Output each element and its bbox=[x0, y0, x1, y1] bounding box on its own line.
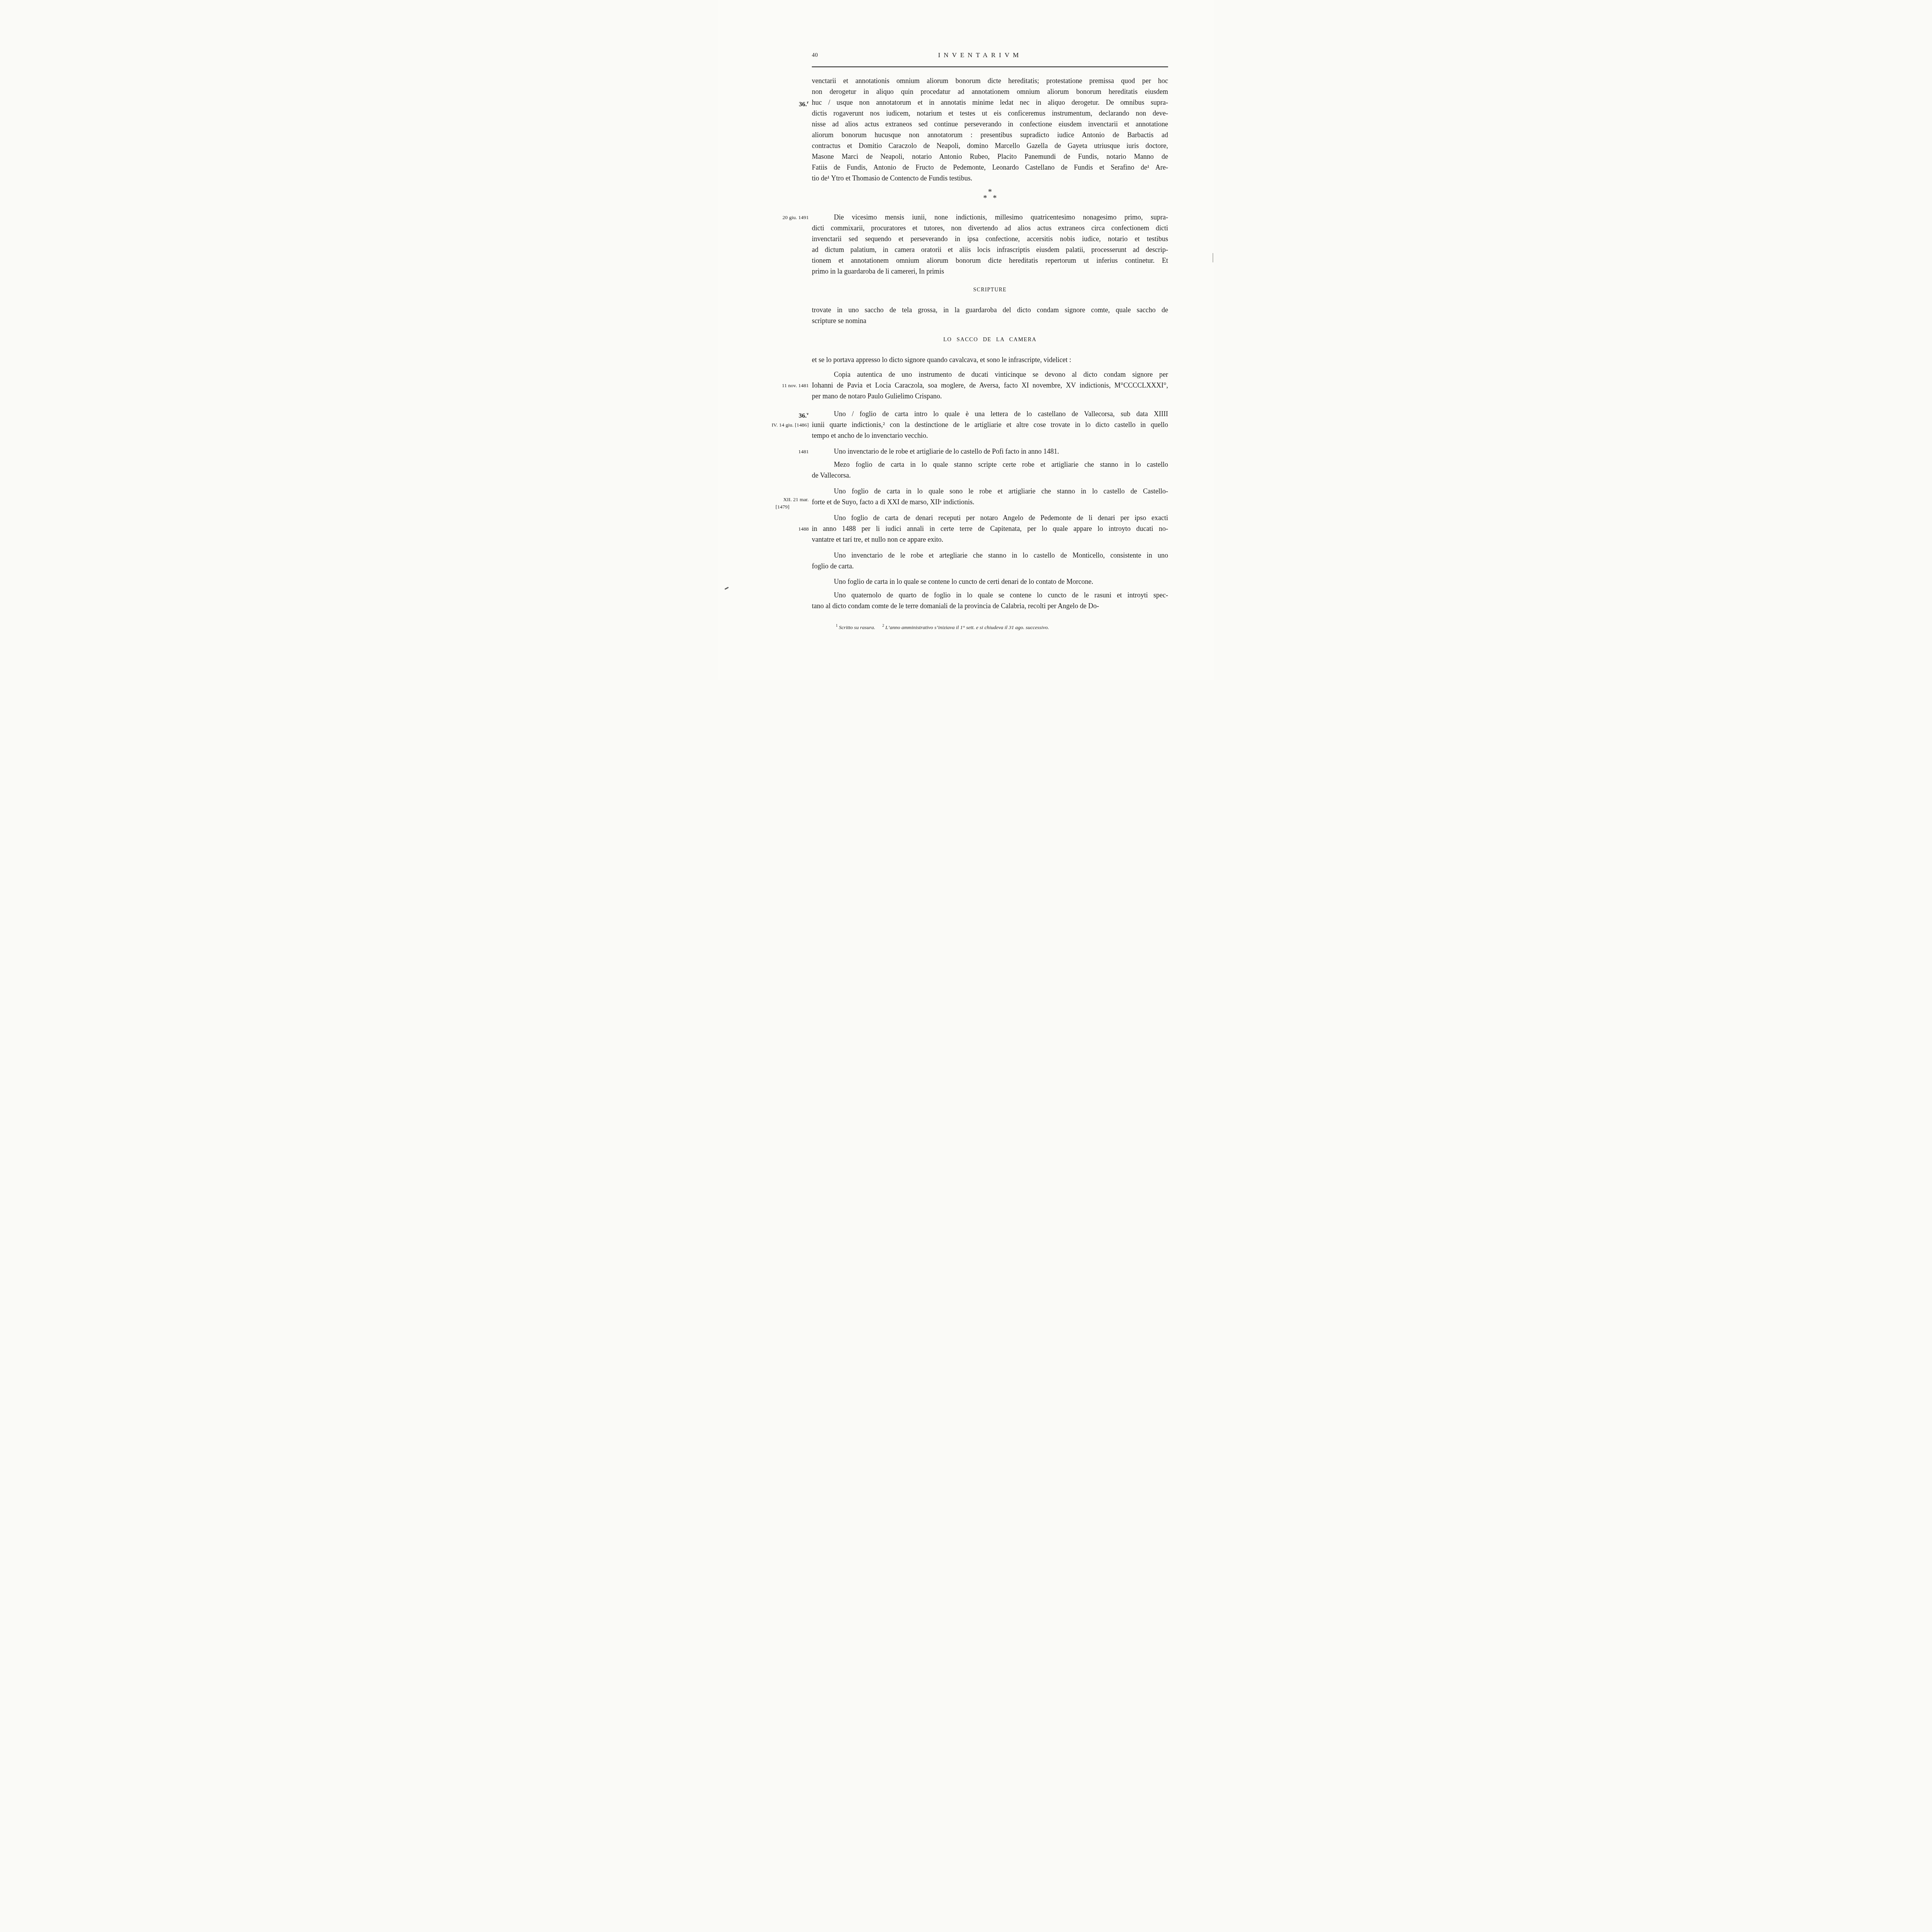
paragraph-p7: Uno invenctario de le robe et artigliari… bbox=[812, 446, 1168, 457]
text-line: Die vicesimo mensis iunii, none indictio… bbox=[812, 212, 1168, 223]
text-line: contractus et Domitio Caraczolo de Neapo… bbox=[812, 140, 1168, 151]
paragraph-p8: Mezo foglio de carta in lo quale stanno … bbox=[812, 459, 1168, 481]
footnote-marker: 1 bbox=[836, 624, 838, 628]
text-line: trovate in uno saccho de tela grossa, in… bbox=[812, 304, 1168, 315]
margin-note-text: 36.r bbox=[741, 99, 809, 108]
margin-note-date-1488: 1488 bbox=[741, 525, 809, 532]
margin-note-date-xii-21-mar-1479: XII. 21 mar.[1479] bbox=[741, 496, 809, 510]
heading-scripture: SCRIPTURE bbox=[812, 287, 1168, 293]
text-line: Uno foglio de carta in lo quale sono le … bbox=[812, 486, 1168, 497]
text-line: tano al dicto condam comte de le terre d… bbox=[812, 600, 1168, 611]
scan-artifact-dash bbox=[724, 587, 729, 590]
text-line: Uno invenctario de le robe et artegliari… bbox=[812, 550, 1168, 561]
text-line: de Vallecorsa. bbox=[812, 470, 1168, 481]
text-line: non derogetur in aliquo quin procedatur … bbox=[812, 86, 1168, 97]
text-line: dicti commixarii, procuratores et tutore… bbox=[812, 223, 1168, 233]
text-line: Uno foglio de carta in lo quale se conte… bbox=[812, 576, 1168, 587]
text-line: Uno / foglio de carta intro lo quale è u… bbox=[812, 408, 1168, 419]
text-line: vantatre et tarí tre, et nullo non ce ap… bbox=[812, 534, 1168, 545]
running-title: INVENTARIVM bbox=[812, 51, 1145, 59]
scan-artifact-edge-mark bbox=[1213, 253, 1213, 262]
margin-note-date-20-giu-1491: 20 giu. 1491 bbox=[741, 214, 809, 221]
header-rule bbox=[812, 66, 1168, 67]
text-line: aliorum bonorum hucusque non annotatorum… bbox=[812, 129, 1168, 140]
text-line: Uno invenctario de le robe et artigliari… bbox=[812, 446, 1168, 457]
text-line: nisse ad alios actus extraneos sed conti… bbox=[812, 119, 1168, 129]
margin-note-text: 1488 bbox=[741, 525, 809, 532]
paragraph-p2: Die vicesimo mensis iunii, none indictio… bbox=[812, 212, 1168, 277]
page-header: 40 INVENTARIVM bbox=[812, 51, 1145, 61]
asterisk-row-bottom: * * bbox=[812, 195, 1168, 202]
margin-note-date-11-nov-1481: 11 nov. 1481 bbox=[741, 382, 809, 389]
heading-lo-sacco-de-la-camera: LO SACCO DE LA CAMERA bbox=[812, 337, 1168, 343]
text-line: Copia autentica de uno instrumento de du… bbox=[812, 369, 1168, 380]
footnotes: 1Scritto su rasura.2L’anno amministrativ… bbox=[836, 622, 1176, 631]
margin-note-text: XII. 21 mar. bbox=[741, 496, 809, 503]
paragraph-p12: Uno foglio de carta in lo quale se conte… bbox=[812, 576, 1168, 587]
paragraph-p5: Copia autentica de uno instrumento de du… bbox=[812, 369, 1168, 401]
section-separator-asterisks: * * * bbox=[812, 189, 1168, 202]
text-line: Iohanni de Pavia et Locia Caraczola, soa… bbox=[812, 380, 1168, 391]
text-line: tionem et annotationem omnium aliorum bo… bbox=[812, 255, 1168, 266]
text-line: Mezo foglio de carta in lo quale stanno … bbox=[812, 459, 1168, 470]
text-line: tio de¹ Ytro et Thomasio de Contencto de… bbox=[812, 173, 1168, 184]
text-line: per mano de notaro Paulo Gulielimo Crisp… bbox=[812, 391, 1168, 401]
paragraph-p3: trovate in uno saccho de tela grossa, in… bbox=[812, 304, 1168, 326]
paragraph-p6: Uno / foglio de carta intro lo quale è u… bbox=[812, 408, 1168, 441]
text-line: et se lo portava appresso lo dicto signo… bbox=[812, 354, 1168, 365]
paragraph-p13: Uno quaternolo de quarto de foglio in lo… bbox=[812, 590, 1168, 611]
margin-note-text: IV. 14 giu. [1486] bbox=[741, 421, 809, 429]
text-line: iunii quarte indictionis,² con la destin… bbox=[812, 419, 1168, 430]
footnote-1: 1Scritto su rasura. bbox=[836, 624, 875, 630]
margin-note-text: 36.v bbox=[741, 410, 809, 419]
text-line: Uno foglio de carta de denari receputi p… bbox=[812, 512, 1168, 523]
paragraph-p10: Uno foglio de carta de denari receputi p… bbox=[812, 512, 1168, 545]
paragraph-p1: venctarii et annotationis omnium aliorum… bbox=[812, 75, 1168, 184]
margin-note-date-iv-14-giu-1486: IV. 14 giu. [1486] bbox=[741, 421, 809, 429]
paragraph-p9: Uno foglio de carta in lo quale sono le … bbox=[812, 486, 1168, 507]
text-line: tempo et ancho de lo invenctario vecchio… bbox=[812, 430, 1168, 441]
text-line: scripture se nomina bbox=[812, 315, 1168, 326]
text-line: invenctarii sed sequendo et perseverando… bbox=[812, 233, 1168, 244]
folio-side-letter: v bbox=[807, 412, 809, 416]
text-line: Fatiis de Fundis, Antonio de Fructo de P… bbox=[812, 162, 1168, 173]
text-line: foglio de carta. bbox=[812, 561, 1168, 571]
margin-note-text: [1479] bbox=[741, 503, 809, 510]
paragraph-p11: Uno invenctario de le robe et artegliari… bbox=[812, 550, 1168, 571]
book-page-scan: 40 INVENTARIVM venctarii et annotationis… bbox=[718, 0, 1214, 680]
folio-side-letter: r bbox=[807, 100, 809, 105]
page-number: 40 bbox=[812, 52, 818, 59]
text-line: primo in la guardaroba de li camereri, I… bbox=[812, 266, 1168, 277]
margin-note-text: 11 nov. 1481 bbox=[741, 382, 809, 389]
text-line: ad dictum palatium, in camera oratorii e… bbox=[812, 244, 1168, 255]
paragraph-p4: et se lo portava appresso lo dicto signo… bbox=[812, 354, 1168, 365]
margin-note-date-1481: 1481 bbox=[741, 448, 809, 455]
text-line: huc / usque non annotatorum et in annota… bbox=[812, 97, 1168, 108]
text-line: Masone Marci de Neapoli, notario Antonio… bbox=[812, 151, 1168, 162]
text-line: venctarii et annotationis omnium aliorum… bbox=[812, 75, 1168, 86]
text-line: forte et de Suyo, facto a dì XXI de mars… bbox=[812, 497, 1168, 507]
text-line: in anno 1488 per li iudici annali in cer… bbox=[812, 523, 1168, 534]
footnote-marker: 2 bbox=[882, 624, 884, 628]
margin-note-folio-36r: 36.r bbox=[741, 99, 809, 108]
margin-note-folio-36v: 36.v bbox=[741, 410, 809, 419]
footnote-2: 2L’anno amministrativo s’iniziava il 1° … bbox=[882, 624, 1049, 630]
margin-note-text: 1481 bbox=[741, 448, 809, 455]
text-line: dictis rogaverunt nos iudicem, notarium … bbox=[812, 108, 1168, 119]
text-line: Uno quaternolo de quarto de foglio in lo… bbox=[812, 590, 1168, 600]
margin-note-text: 20 giu. 1491 bbox=[741, 214, 809, 221]
